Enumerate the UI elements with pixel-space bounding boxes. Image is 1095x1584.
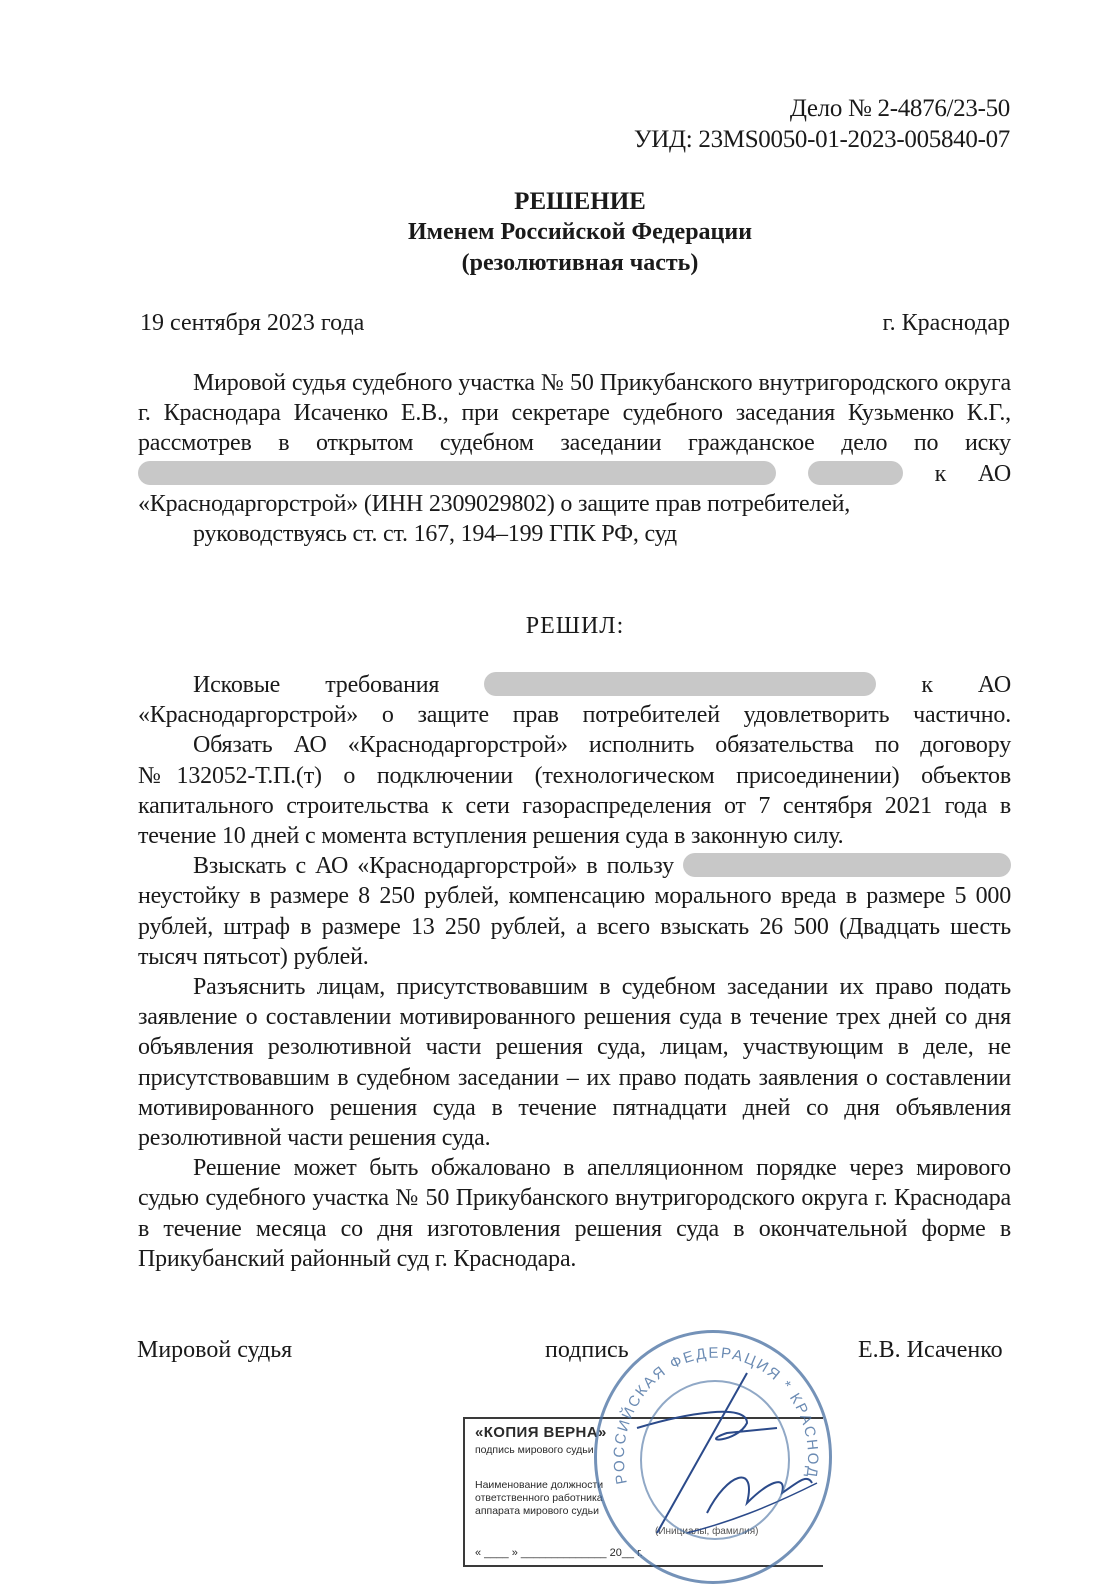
decision-p3-start: Взыскать с АО «Краснодаргорстрой» в поль… (193, 853, 674, 879)
position-label-1: Наименование должности (475, 1479, 603, 1492)
redacted-plaintiff-details (808, 461, 903, 485)
judge-name: Е.В. Исаченко (858, 1337, 1003, 1364)
judge-signature-label: подпись мирового судьи (475, 1444, 594, 1457)
document-title: РЕШЕНИЕ Именем Российской Федерации (рез… (0, 186, 1095, 279)
case-number: Дело № 2-4876/23-50 (634, 93, 1010, 124)
case-header: Дело № 2-4876/23-50 УИД: 23MS0050-01-202… (634, 93, 1010, 155)
case-uid: УИД: 23MS0050-01-2023-005840-07 (634, 124, 1010, 155)
redacted-plaintiff-name (138, 461, 776, 485)
decided-heading: РЕШИЛ: (0, 613, 1095, 640)
redacted-plaintiff-name-2 (484, 672, 876, 696)
intro-section: Мировой судья судебного участка № 50 При… (138, 368, 1011, 549)
intro-text-start: Мировой судья судебного участка № 50 При… (138, 370, 1011, 456)
court-decision-page: Дело № 2-4876/23-50 УИД: 23MS0050-01-202… (0, 0, 1095, 1584)
title-decision: РЕШЕНИЕ (0, 186, 1095, 217)
decision-section: Исковые требования к АО «Краснодаргорстр… (138, 670, 1011, 1274)
intro-paragraph: Мировой судья судебного участка № 50 При… (138, 368, 1011, 519)
decision-paragraph-4: Разъяснить лицам, присутствовавшим в суд… (138, 972, 1011, 1153)
decision-p3-end: неустойку в размере 8 250 рублей, компен… (138, 883, 1011, 969)
title-part: (резолютивная часть) (0, 248, 1095, 279)
signature-position: Мировой судья (137, 1337, 292, 1364)
decision-paragraph-3: Взыскать с АО «Краснодаргорстрой» в поль… (138, 851, 1011, 972)
position-label-2: ответственного работника (475, 1492, 603, 1505)
position-label-3: аппарата мирового судьи (475, 1505, 599, 1518)
date-place-line: 19 сентября 2023 года г. Краснодар (140, 310, 1010, 337)
seal-inner-ring (640, 1380, 790, 1540)
decision-p1-start: Исковые требования (193, 672, 439, 698)
redacted-plaintiff-name-3 (683, 853, 1011, 877)
decision-paragraph-5: Решение может быть обжаловано в апелляци… (138, 1153, 1011, 1274)
decision-date: 19 сентября 2023 года (140, 310, 364, 337)
legal-basis-paragraph: руководствуясь ст. ст. 167, 194–199 ГПК … (138, 519, 1011, 549)
decision-city: г. Краснодар (883, 310, 1010, 337)
decision-paragraph-1: Исковые требования к АО «Краснодаргорстр… (138, 670, 1011, 730)
decision-paragraph-2: Обязать АО «Краснодаргорстрой» исполнить… (138, 730, 1011, 851)
title-federation: Именем Российской Федерации (0, 217, 1095, 248)
copy-label: «КОПИЯ ВЕРНА» (475, 1424, 607, 1441)
